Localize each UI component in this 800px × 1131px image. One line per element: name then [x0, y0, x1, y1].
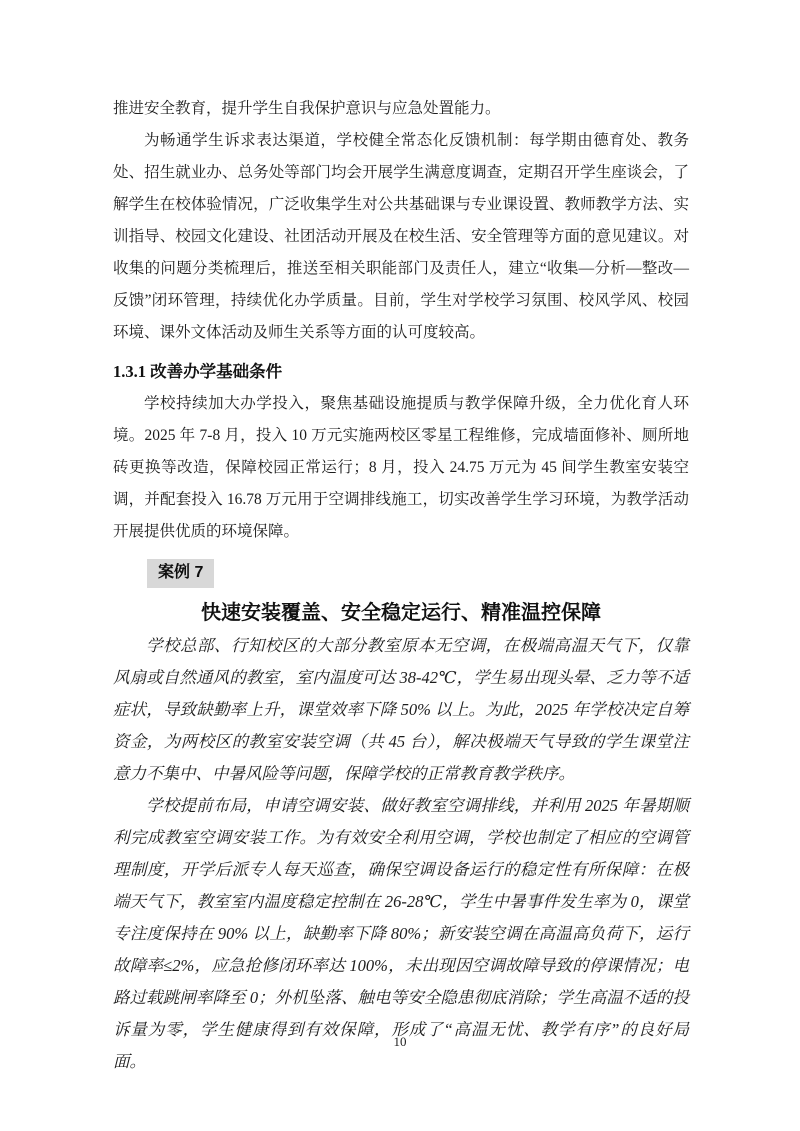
paragraph-safety-education-continuation: 推进安全教育，提升学生自我保护意识与应急处置能力。	[113, 93, 689, 125]
paragraph-infrastructure-investment: 学校持续加大办学投入，聚焦基础设施提质与教学保障升级，全力优化育人环境。2025…	[113, 388, 689, 548]
case-badge-row: 案例 7	[147, 559, 689, 588]
paragraph-feedback-mechanism: 为畅通学生诉求表达渠道，学校健全常态化反馈机制：每学期由德育处、教务处、招生就业…	[113, 125, 689, 349]
document-page: 推进安全教育，提升学生自我保护意识与应急处置能力。 为畅通学生诉求表达渠道，学校…	[0, 0, 800, 1131]
case-paragraph-background: 学校总部、行知校区的大部分教室原本无空调，在极端高温天气下，仅靠风扇或自然通风的…	[113, 630, 689, 790]
case-7-badge: 案例 7	[147, 559, 214, 588]
case-title: 快速安装覆盖、安全稳定运行、精准温控保障	[113, 597, 689, 629]
page-content: 推进安全教育，提升学生自我保护意识与应急处置能力。 为畅通学生诉求表达渠道，学校…	[113, 93, 689, 1078]
section-heading-1-3-1: 1.3.1 改善办学基础条件	[113, 356, 689, 388]
page-number: 10	[0, 1034, 800, 1050]
